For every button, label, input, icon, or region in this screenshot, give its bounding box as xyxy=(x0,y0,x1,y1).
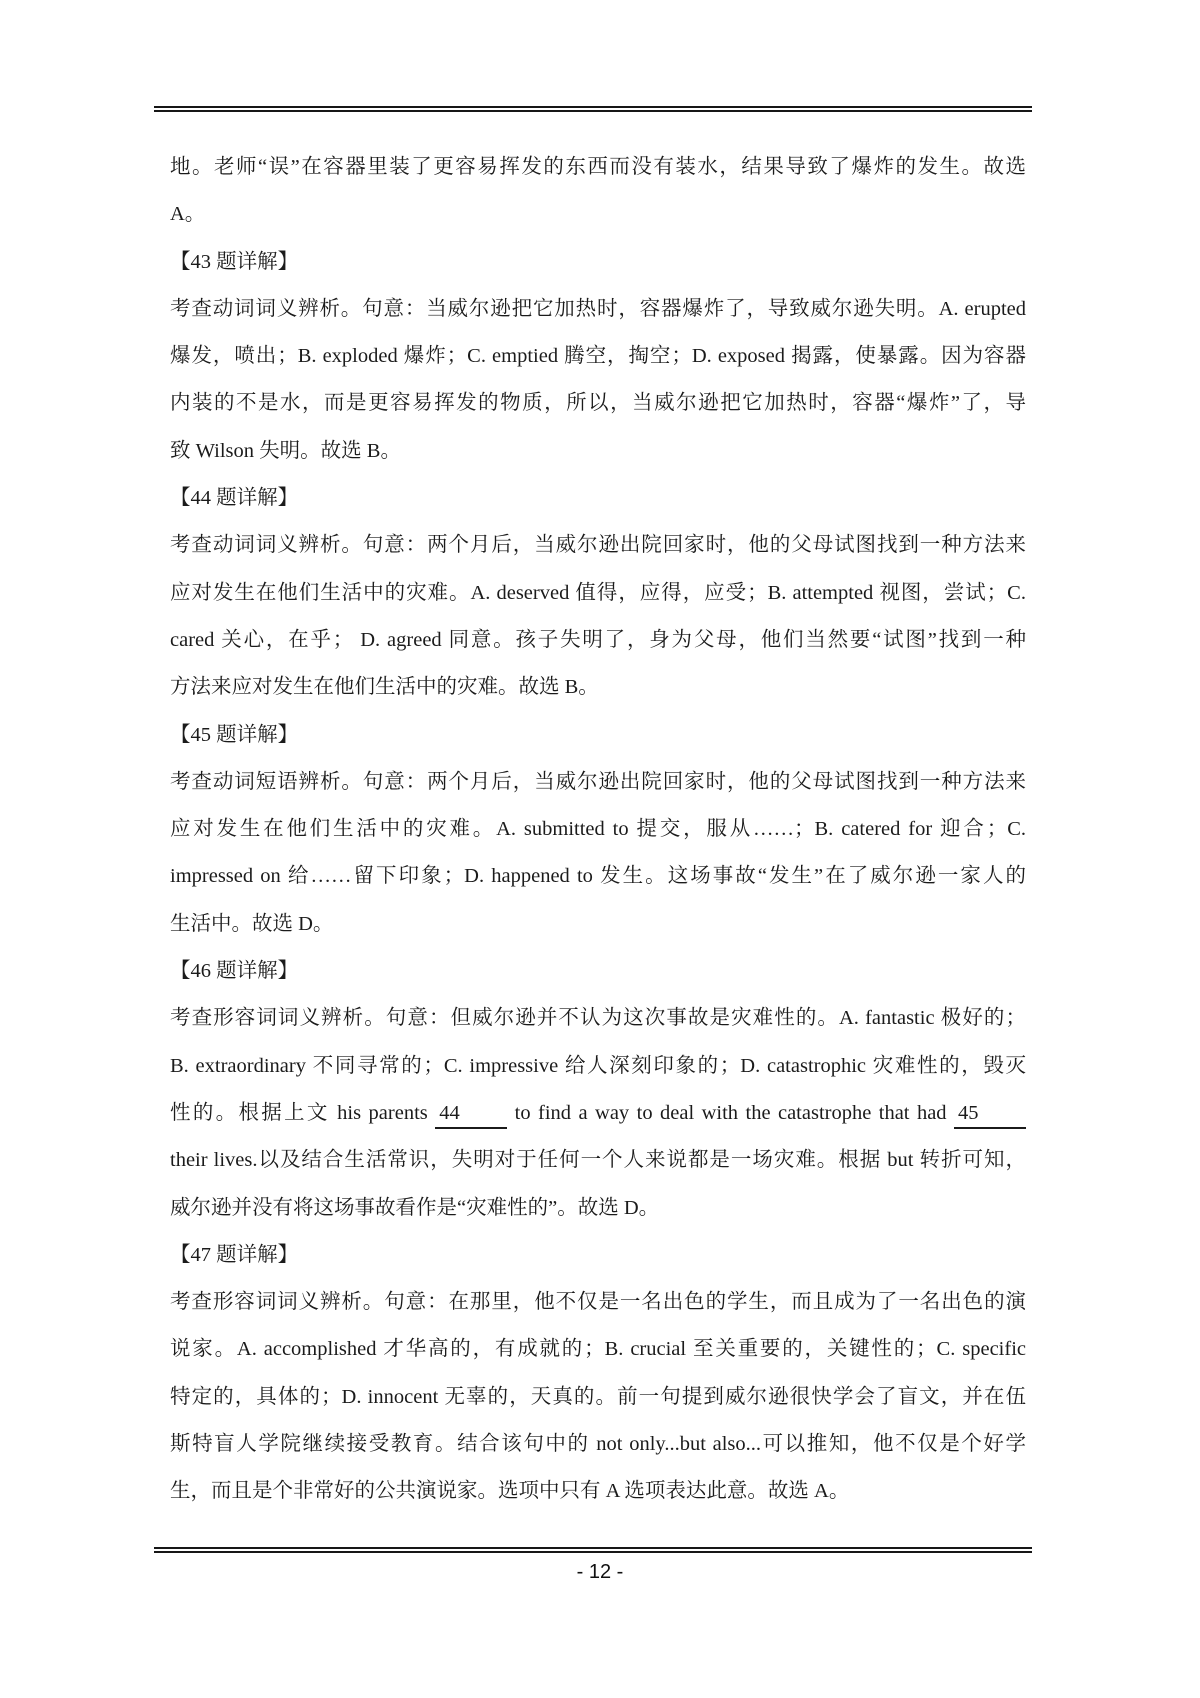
text-line: B. extraordinary 不同寻常的；C. impressive 给人深… xyxy=(170,1043,1026,1090)
page-number: - 12 - xyxy=(0,1561,1200,1584)
text-line: 致 Wilson 失明。故选 B。 xyxy=(170,428,1026,475)
text-line: 考查形容词词义辨析。句意：在那里，他不仅是一名出色的学生，而且成为了一名出色的演 xyxy=(170,1279,1026,1326)
text-line: 爆发，喷出；B. exploded 爆炸；C. emptied 腾空，掏空；D.… xyxy=(170,333,1026,380)
text-line: 内装的不是水，而是更容易挥发的物质，所以，当威尔逊把它加热时，容器“爆炸”了，导 xyxy=(170,380,1026,427)
text-line: 考查动词词义辨析。句意：当威尔逊把它加热时，容器爆炸了，导致威尔逊失明。A. e… xyxy=(170,286,1026,333)
text-line: 生，而且是个非常好的公共演说家。选项中只有 A 选项表达此意。故选 A。 xyxy=(170,1468,1026,1515)
question-43-heading: 【43 题详解】 xyxy=(170,239,1026,286)
text-line: cared 关心，在乎； D. agreed 同意。孩子失明了，身为父母，他们当… xyxy=(170,617,1026,664)
text-line: 威尔逊并没有将这场事故看作是“灾难性的”。故选 D。 xyxy=(170,1185,1026,1232)
text-line: 生活中。故选 D。 xyxy=(170,901,1026,948)
explanation-43: 考查动词词义辨析。句意：当威尔逊把它加热时，容器爆炸了，导致威尔逊失明。A. e… xyxy=(170,286,1026,475)
text-line: impressed on 给……留下印象；D. happened to 发生。这… xyxy=(170,853,1026,900)
text-line: 方法来应对发生在他们生活中的灾难。故选 B。 xyxy=(170,664,1026,711)
explanation-46: 考查形容词词义辨析。句意：但威尔逊并不认为这次事故是灾难性的。A. fantas… xyxy=(170,995,1026,1231)
text-line: A。 xyxy=(170,191,1026,238)
question-47-heading: 【47 题详解】 xyxy=(170,1232,1026,1279)
answer-explanations: 地。老师“误”在容器里装了更容易挥发的东西而没有装水，结果导致了爆炸的发生。故选… xyxy=(170,144,1026,1516)
text-line: 斯特盲人学院继续接受教育。结合该句中的 not only...but also.… xyxy=(170,1421,1026,1468)
text-line: 特定的，具体的；D. innocent 无辜的，天真的。前一句提到威尔逊很快学会… xyxy=(170,1374,1026,1421)
text-line: 考查动词词义辨析。句意：两个月后，当威尔逊出院回家时，他的父母试图找到一种方法来 xyxy=(170,522,1026,569)
top-rule xyxy=(154,106,1032,112)
question-46-heading: 【46 题详解】 xyxy=(170,948,1026,995)
text-line: 【43 题详解】 xyxy=(170,239,1026,286)
question-44-heading: 【44 题详解】 xyxy=(170,475,1026,522)
text-line: 地。老师“误”在容器里装了更容易挥发的东西而没有装水，结果导致了爆炸的发生。故选 xyxy=(170,144,1026,191)
text-line: 考查形容词词义辨析。句意：但威尔逊并不认为这次事故是灾难性的。A. fantas… xyxy=(170,995,1026,1042)
text-line: 说家。A. accomplished 才华高的，有成就的；B. crucial … xyxy=(170,1326,1026,1373)
explanation-45: 考查动词短语辨析。句意：两个月后，当威尔逊出院回家时，他的父母试图找到一种方法来… xyxy=(170,759,1026,948)
numbered-blank: 44 xyxy=(435,1102,507,1129)
explanation-42-continuation: 地。老师“误”在容器里装了更容易挥发的东西而没有装水，结果导致了爆炸的发生。故选… xyxy=(170,144,1026,239)
text-line: 【46 题详解】 xyxy=(170,948,1026,995)
bottom-rule xyxy=(154,1547,1032,1553)
question-45-heading: 【45 题详解】 xyxy=(170,712,1026,759)
text-line: 应对发生在他们生活中的灾难。A. deserved 值得，应得，应受；B. at… xyxy=(170,570,1026,617)
text-line: 应对发生在他们生活中的灾难。A. submitted to 提交，服从……；B.… xyxy=(170,806,1026,853)
text-line: 【45 题详解】 xyxy=(170,712,1026,759)
explanation-47: 考查形容词词义辨析。句意：在那里，他不仅是一名出色的学生，而且成为了一名出色的演… xyxy=(170,1279,1026,1515)
text-line: 【47 题详解】 xyxy=(170,1232,1026,1279)
explanation-44: 考查动词词义辨析。句意：两个月后，当威尔逊出院回家时，他的父母试图找到一种方法来… xyxy=(170,522,1026,711)
text-line: their lives.以及结合生活常识，失明对于任何一个人来说都是一场灾难。根… xyxy=(170,1137,1026,1184)
text-line: 性的。根据上文 his parents 44 to find a way to … xyxy=(170,1090,1026,1137)
document-page: 地。老师“误”在容器里装了更容易挥发的东西而没有装水，结果导致了爆炸的发生。故选… xyxy=(0,0,1200,1698)
text-line: 【44 题详解】 xyxy=(170,475,1026,522)
text-line: 考查动词短语辨析。句意：两个月后，当威尔逊出院回家时，他的父母试图找到一种方法来 xyxy=(170,759,1026,806)
numbered-blank: 45 xyxy=(954,1102,1026,1129)
